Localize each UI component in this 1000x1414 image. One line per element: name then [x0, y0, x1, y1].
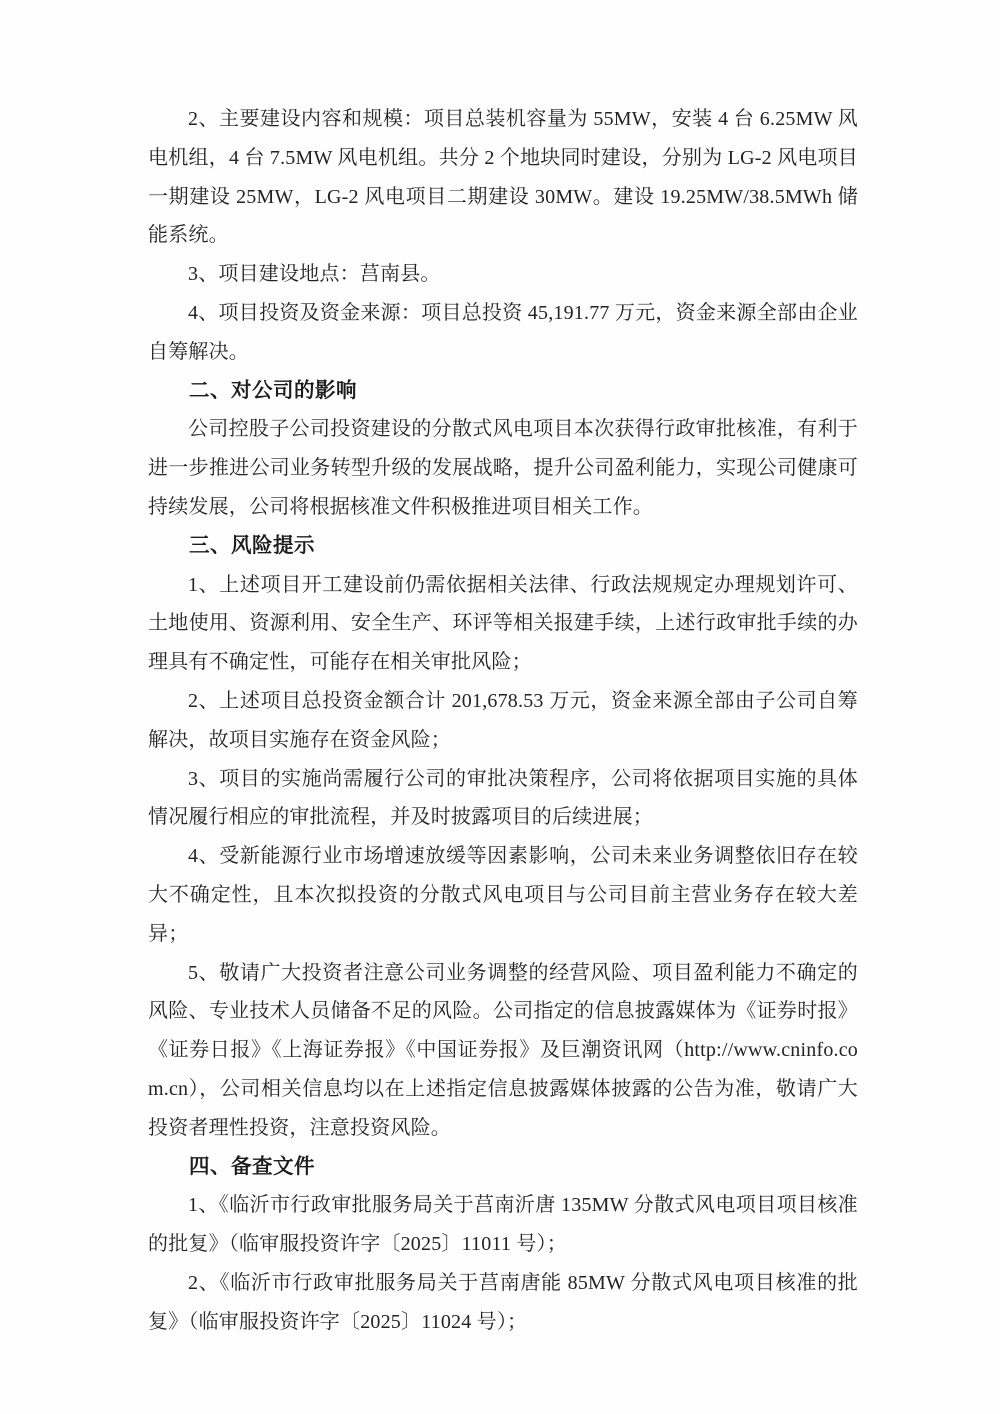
para-project-location: 3、项目建设地点：莒南县。: [148, 255, 858, 294]
section-heading-reference-documents: 四、备查文件: [148, 1148, 858, 1187]
section-heading-risk-notice: 三、风险提示: [148, 527, 858, 566]
para-risk-2-funding: 2、上述项目总投资金额合计 201,678.53 万元，资金来源全部由子公司自筹…: [148, 682, 858, 760]
section-heading-impact-on-company: 二、对公司的影响: [148, 372, 858, 411]
document-page: 2、主要建设内容和规模：项目总装机容量为 55MW，安装 4 台 6.25MW …: [0, 0, 1000, 1414]
para-impact-description: 公司控股子公司投资建设的分散式风电项目本次获得行政审批核准，有利于进一步推进公司…: [148, 410, 858, 526]
para-risk-5-investor-notice: 5、敬请广大投资者注意公司业务调整的经营风险、项目盈利能力不确定的风险、专业技术…: [148, 954, 858, 1148]
para-investment-funding: 4、项目投资及资金来源：项目总投资 45,191.77 万元，资金来源全部由企业…: [148, 294, 858, 372]
para-risk-3-procedure: 3、项目的实施尚需履行公司的审批决策程序，公司将依据项目实施的具体情况履行相应的…: [148, 760, 858, 838]
para-reference-document-1: 1、《临沂市行政审批服务局关于莒南沂唐 135MW 分散式风电项目项目核准的批复…: [148, 1186, 858, 1264]
para-risk-4-market: 4、受新能源行业市场增速放缓等因素影响，公司未来业务调整依旧存在较大不确定性，且…: [148, 837, 858, 953]
para-risk-1-approval: 1、上述项目开工建设前仍需依据相关法律、行政法规规定办理规划许可、土地使用、资源…: [148, 566, 858, 682]
document-content: 2、主要建设内容和规模：项目总装机容量为 55MW，安装 4 台 6.25MW …: [148, 100, 858, 1342]
para-construction-content-scale: 2、主要建设内容和规模：项目总装机容量为 55MW，安装 4 台 6.25MW …: [148, 100, 858, 255]
para-reference-document-2: 2、《临沂市行政审批服务局关于莒南唐能 85MW 分散式风电项目核准的批复》（临…: [148, 1264, 858, 1342]
